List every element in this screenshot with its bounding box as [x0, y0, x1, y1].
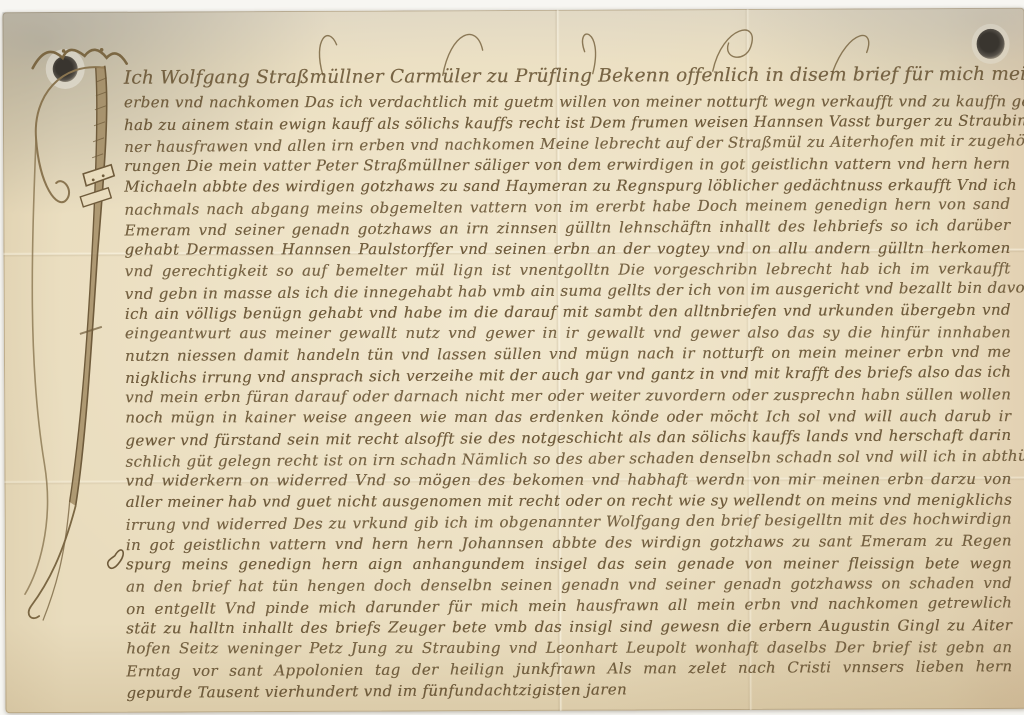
manuscript-line: ich ain völligs benügn gehabt vnd habe i… — [125, 300, 1011, 325]
parchment-page: Ich Wolfgang Straßmüllner Carmüler zu Pr… — [2, 8, 1024, 713]
manuscript-line: gehabt Dermassen Hannsen Paulstorffer vn… — [124, 238, 1010, 261]
manuscript-line: spurg meins genedign hern aign anhangund… — [126, 553, 1012, 575]
manuscript-line: in got geistlichn vattern vnd hern hern … — [126, 530, 1012, 556]
scanned-charter: Ich Wolfgang Straßmüllner Carmüler zu Pr… — [0, 0, 1024, 715]
manuscript-line: vnd widerkern on widerred Vnd so mögen d… — [126, 469, 1012, 492]
manuscript-line: erben vnd nachkomen Das ich verdachtlich… — [124, 91, 1010, 113]
manuscript-line: rungen Die mein vatter Peter Straßmüllne… — [124, 154, 1010, 177]
text-lines: Ich Wolfgang Straßmüllner Carmüler zu Pr… — [124, 60, 1013, 703]
manuscript-line: eingeantwurt aus meiner gewallt nutz vnd… — [125, 322, 1011, 344]
punch-hole-right-icon — [977, 29, 1005, 59]
manuscript-line: vnd mein erbn füran darauf oder darnach … — [125, 384, 1011, 408]
manuscript-line: stät zu halltn inhallt des briefs Zeuger… — [126, 615, 1012, 639]
manuscript-line: Ich Wolfgang Straßmüllner Carmüler zu Pr… — [124, 60, 1010, 94]
